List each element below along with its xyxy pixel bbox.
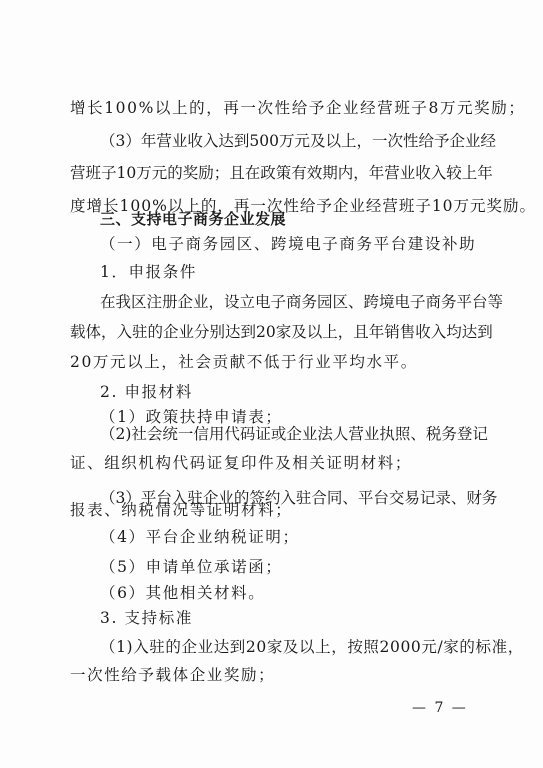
paragraph-line: （3）年营业收入达到500万元及以上，一次性给予企业经 [100,131,456,151]
page-number: — 7 — [412,700,468,716]
list-item: （4）平台企业纳税证明； [100,527,456,547]
paragraph-line: 载体，入驻的企业分别达到20家及以上，且年销售收入均达到 [70,322,456,342]
item-heading: 1．申报条件 [100,262,456,282]
subsection-heading: （一）电子商务园区、跨境电子商务平台建设补助 [100,234,456,254]
item-heading: 3. 支持标准 [100,608,456,628]
paragraph-line: 在我区注册企业，设立电子商务园区、跨境电子商务平台等 [100,292,456,312]
list-item: 报表、纳税情况等证明材料； [70,500,456,520]
document-page: 增长100%以上的，再一次性给予企业经营班子8万元奖励； （3）年营业收入达到5… [0,0,543,768]
list-item: 证、组织机构代码证复印件及相关证明材料； [70,453,456,473]
paragraph-line: 营班子10万元的奖励；且在政策有效期内，年营业收入较上年 [70,163,456,183]
list-item: （2)社会统一信用代码证或企业法人营业执照、税务登记 [100,424,456,444]
section-heading: 三、支持电子商务企业发展 [100,209,456,229]
list-item: 一次性给予载体企业奖励； [70,665,456,685]
list-item: （6）其他相关材料。 [100,583,456,603]
item-heading: 2. 申报材料 [100,382,456,402]
paragraph-line: 增长100%以上的，再一次性给予企业经营班子8万元奖励； [70,98,456,118]
list-item: （5）申请单位承诺函； [100,557,456,577]
paragraph-line: 20万元以上，社会贡献不低于行业平均水平。 [70,352,456,372]
list-item: （1)入驻的企业达到20家及以上，按照2000元/家的标准， [100,637,456,657]
